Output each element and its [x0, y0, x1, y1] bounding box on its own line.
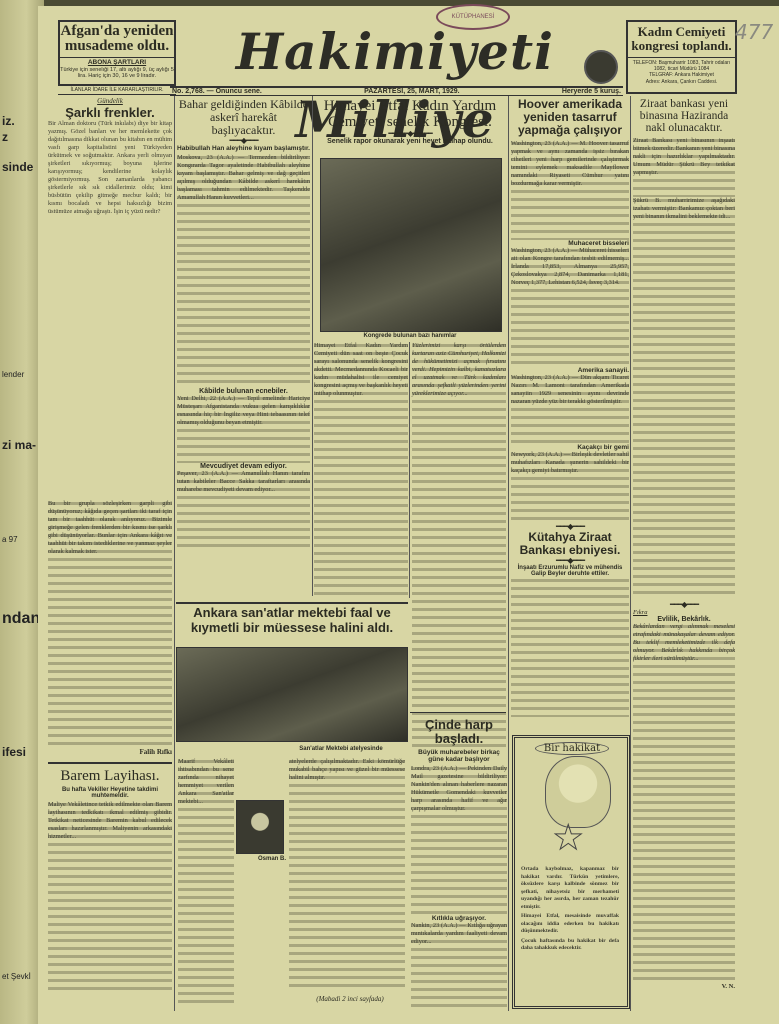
divider	[410, 712, 506, 713]
congress-photo	[320, 158, 502, 332]
divider	[48, 762, 172, 764]
masthead-title: Hakimiyeti Milliye	[170, 18, 620, 86]
spine-fragment: et Şevkİ	[2, 972, 31, 981]
divider	[176, 602, 408, 604]
article-headline: Çinde harp başladı.	[411, 718, 507, 746]
article-body: Moskova, 23 (A.A.) — Termezden bildirili…	[177, 154, 310, 384]
article-subheadline: Senelik rapor okunarak yeni heyet intiha…	[314, 138, 506, 145]
ornament-divider: ━━━◆━━━	[633, 601, 735, 609]
article-body: Maarif Vekâleti ihtisabından bu sene zar…	[178, 758, 234, 1008]
kicker-fikra: Fıkra	[633, 609, 735, 616]
article-subheadline: Muhaceret bisseleri	[511, 240, 629, 247]
article-body	[511, 577, 629, 717]
article-body: Washington, 23 (A.A.) — Mühaceret hissel…	[511, 247, 629, 367]
spine-fragment: lender	[2, 370, 24, 379]
right-ear-box: Kadın Cemiyeti kongresi toplandı. TELEFO…	[626, 20, 737, 94]
star-crescent-icon: ★	[553, 818, 583, 858]
article-body: atelyelerde çalışılmaktadır. Eski kömürl…	[289, 758, 405, 988]
ad-title: Bir hakikat	[535, 742, 609, 755]
spine-fragment: ndan	[2, 610, 40, 628]
column-5: Ziraat bankası yeni binasına Haziranda n…	[633, 98, 735, 1010]
article-subheadline: Habibullah Han aleyhine kıyam başlamıştı…	[177, 145, 310, 152]
article-body: Ziraat Bankası yeni binasının inşaatı bi…	[633, 137, 735, 197]
subscription-text: Türkiye için senelıği 17, altı aylığı 9,…	[60, 67, 174, 79]
article-body: Maliye Vekâletince tetkik edilmekte olan…	[48, 801, 172, 991]
telegraph-info: TELGRAF: Ankara Hakimiyet	[628, 72, 735, 79]
article-subheadline: Mevcudiyet devam ediyor.	[177, 463, 310, 470]
portrait-photo	[236, 800, 284, 854]
column-rule	[508, 96, 509, 1011]
article-body: Bir Alman doktoru (Türk inkılabı) diye b…	[48, 120, 172, 500]
ornament-divider: ━━━━━◆━━━━━	[314, 130, 506, 138]
column-2: Bahar geldiğinden Kâbilde askerî harekât…	[177, 98, 310, 608]
continuation-note: (Mabadi 2 inci sayfada)	[300, 995, 400, 1003]
article-subheadline: Kâbilde bulunan ecnebiler.	[177, 388, 310, 395]
left-ear-headline: Afgan'da yeniden musademe oldu.	[60, 22, 174, 54]
spine-fragment: sinde	[2, 160, 33, 174]
signature: V. N.	[633, 983, 735, 990]
issue-date: PAZARTESİ, 25, MART, 1929.	[364, 88, 460, 95]
column-rule	[630, 96, 631, 1011]
article-body: Bekârlardan vergi alınmak meselesi etraf…	[633, 623, 735, 983]
article-body: Himayei Etfal Kadın Yardım Cemiyeti dün …	[314, 342, 408, 598]
article-body: Washington, 23 (A.A.) — M. Hoover tasarr…	[511, 140, 629, 240]
kicker-gundelik: Gündelik	[48, 97, 172, 105]
column-rule	[174, 96, 175, 1011]
left-ear-box: Afgan'da yeniden musademe oldu. ABONA ŞA…	[58, 20, 176, 86]
article-subheadline: Kaçakçı bir gemi	[511, 444, 629, 451]
article-body: Şükrü B. muharririmize aşağıdaki izahatı…	[633, 197, 735, 597]
column-rule	[312, 96, 313, 596]
address-info: Adres: Ankara, Çankırı Caddesi.	[628, 79, 735, 86]
spine-fragment: a 97	[2, 535, 18, 544]
ad-text: Ortada kaybolmaz, kapanmaz bir hakikat v…	[521, 866, 619, 911]
ornament-divider: ━━━◆━━━	[511, 557, 629, 565]
article-body: Yüzlerimizi karşı örtülerden kurtaran az…	[412, 342, 506, 752]
dateline: No. 2,768. — Onuncu sene. PAZARTESİ, 25,…	[170, 86, 623, 96]
photo-caption: Kongrede bulunan bazı hanımlar	[320, 333, 500, 339]
ads-note: İLANLAR İDARE İLE KARARLAŞTIRILIR.	[58, 85, 176, 95]
issue-price: Heryerde 5 kuruş.	[562, 88, 621, 95]
ornament-divider: ━━━◆━━━	[177, 137, 310, 145]
child-welfare-ad: Bir hakikat ★ Ortada kaybolmaz, kapanmaz…	[512, 735, 630, 1009]
feature-article-arts-school: Ankara san'atlar mektebi faal ve kıymetl…	[176, 605, 408, 645]
column-1: Gündelik Şarklı frenkler. Bir Alman dokt…	[48, 97, 172, 1012]
spine-fragment: zi ma-	[2, 438, 36, 452]
article-subheadline: Bu hafta Vekiller Heyetine takdimi muhte…	[48, 787, 172, 799]
signature: Falih Rıfkı	[48, 748, 172, 756]
article-subheadline: Büyük muharebeler birkaç güne kadar başl…	[411, 749, 507, 763]
ad-text-block: Ortada kaybolmaz, kapanmaz bir hakikat v…	[521, 866, 619, 953]
article-headline: Bahar geldiğinden Kâbilde askerî harekât…	[177, 98, 310, 137]
article-subheadline: Evlilik, Bekârlık.	[633, 616, 735, 623]
arts-school-photo	[176, 647, 408, 742]
issue-number: No. 2,768. — Onuncu sene.	[172, 88, 262, 95]
article-headline: Barem Layihası.	[48, 768, 172, 785]
article-subheadline: Kıtlıkla uğraşıyor.	[411, 915, 507, 922]
column-4: Hoover amerikada yeniden tasarruf yapmağ…	[511, 98, 629, 748]
spine-fragment: z	[2, 130, 8, 144]
article-headline: Himayei Etfal Kadın Yardım Cemiyeti sene…	[314, 98, 506, 130]
article-headline: Hoover amerikada yeniden tasarruf yapmağ…	[511, 98, 629, 137]
spine-fragment: ifesi	[2, 745, 26, 759]
article-body-continued: Bu bir grupla sözleşirken garpli gibi dü…	[48, 500, 172, 748]
article-body: Nankin, 23 (A.A.) — Kıtlığa uğrayan mınt…	[411, 922, 507, 1008]
ad-text: Çocuk haftasında bu hakikat bir defa dah…	[521, 938, 619, 953]
article-headline: Kütahya Ziraat Bankası ebniyesi.	[511, 531, 629, 557]
spine-fragment: iz.	[2, 114, 15, 128]
emblem-seal-icon	[584, 50, 618, 84]
right-ear-headline: Kadın Cemiyeti kongresi toplandı.	[628, 22, 735, 53]
telephone-info: TELEFON: Başmuharrir 1083, Tahrir odalar…	[628, 60, 735, 72]
article-body: Londra, 23 (A.A.) — Pekinden Daily Mail …	[411, 765, 507, 915]
article-headline: Ankara san'atlar mektebi faal ve kıymetl…	[176, 605, 408, 635]
article-headline: Şarklı frenkler.	[48, 105, 172, 120]
article-body: Yeni Delhi, 22 (A.A.) — Tepil emelinde H…	[177, 395, 310, 463]
article-body: Peşaver, 23 (A.A.) — Amanullah Hanın tar…	[177, 470, 310, 550]
china-war-article: Çinde harp başladı. Büyük muharebeler bi…	[411, 718, 507, 1008]
article-body: Washington, 23 (A.A.) — Dün akşam Ticare…	[511, 374, 629, 444]
article-headline: Ziraat bankası yeni binasına Haziranda n…	[633, 98, 735, 134]
ad-text: Himayei Etfal, mesaisinde muvaffak olaca…	[521, 913, 619, 936]
article-subheadline: Amerika sanayii.	[511, 367, 629, 374]
handwritten-page-number: 477	[735, 20, 773, 44]
column-rule	[409, 342, 410, 598]
portrait-caption: Osman B.	[236, 856, 286, 862]
article-body: Newyork, 23 (A.A.) — Birleşik devletler …	[511, 451, 629, 523]
article-subheadline: İnşaatı Erzurumlu Nafiz ve mühendis Gali…	[511, 565, 629, 577]
subscription-title: ABONA ŞARTLARI	[60, 59, 174, 67]
